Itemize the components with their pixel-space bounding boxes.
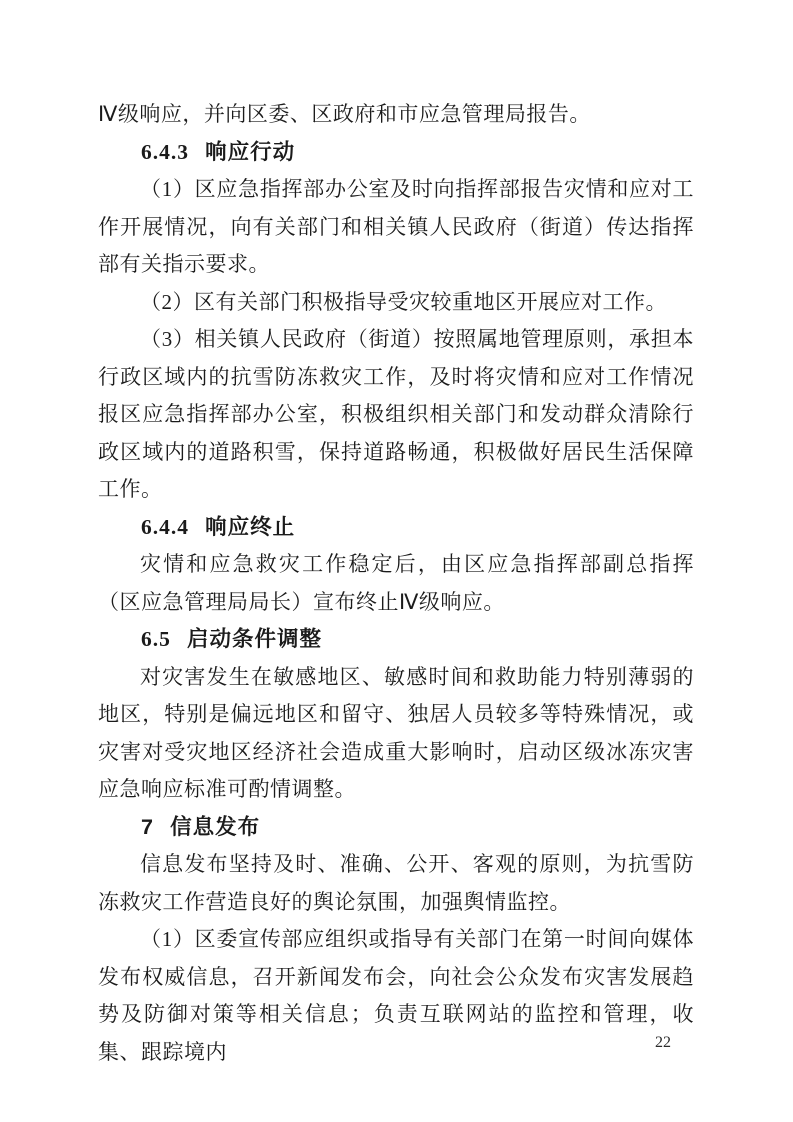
heading-6-5: 6.5启动条件调整 — [98, 621, 694, 659]
heading-6-4-4-number: 6.4.4 — [141, 515, 189, 539]
paragraph-response-action-1: （1）区应急指挥部办公室及时向指挥部报告灾情和应对工作开展情况，向有关部门和相关… — [98, 171, 694, 284]
paragraph-continuation: Ⅳ级响应，并向区委、区政府和市应急管理局报告。 — [98, 96, 694, 134]
heading-6-4-3: 6.4.3响应行动 — [98, 134, 694, 172]
heading-7: 7信息发布 — [98, 809, 694, 847]
heading-7-title: 信息发布 — [170, 815, 260, 839]
paragraph-response-action-2: （2）区有关部门积极指导受灾较重地区开展应对工作。 — [98, 284, 694, 322]
heading-7-number: 7 — [141, 815, 154, 839]
document-content: Ⅳ级响应，并向区委、区政府和市应急管理局报告。 6.4.3响应行动 （1）区应急… — [98, 96, 694, 1071]
document-page: Ⅳ级响应，并向区委、区政府和市应急管理局报告。 6.4.3响应行动 （1）区应急… — [0, 0, 793, 1122]
page-number: 22 — [655, 1034, 671, 1052]
paragraph-response-termination: 灾情和应急救灾工作稳定后，由区应急指挥部副总指挥（区应急管理局局长）宣布终止Ⅳ级… — [98, 546, 694, 621]
heading-6-4-4: 6.4.4响应终止 — [98, 509, 694, 547]
heading-6-5-title: 启动条件调整 — [187, 627, 322, 651]
paragraph-info-release-1: （1）区委宣传部应组织或指导有关部门在第一时间向媒体发布权威信息，召开新闻发布会… — [98, 921, 694, 1071]
paragraph-condition-adjustment: 对灾害发生在敏感地区、敏感时间和救助能力特别薄弱的地区，特别是偏远地区和留守、独… — [98, 659, 694, 809]
heading-6-4-3-number: 6.4.3 — [141, 140, 189, 164]
paragraph-response-action-3: （3）相关镇人民政府（街道）按照属地管理原则，承担本行政区域内的抗雪防冻救灾工作… — [98, 321, 694, 509]
heading-6-5-number: 6.5 — [141, 627, 171, 651]
paragraph-info-release-principle: 信息发布坚持及时、准确、公开、客观的原则，为抗雪防冻救灾工作营造良好的舆论氛围，… — [98, 846, 694, 921]
heading-6-4-3-title: 响应行动 — [205, 140, 295, 164]
heading-6-4-4-title: 响应终止 — [205, 515, 295, 539]
